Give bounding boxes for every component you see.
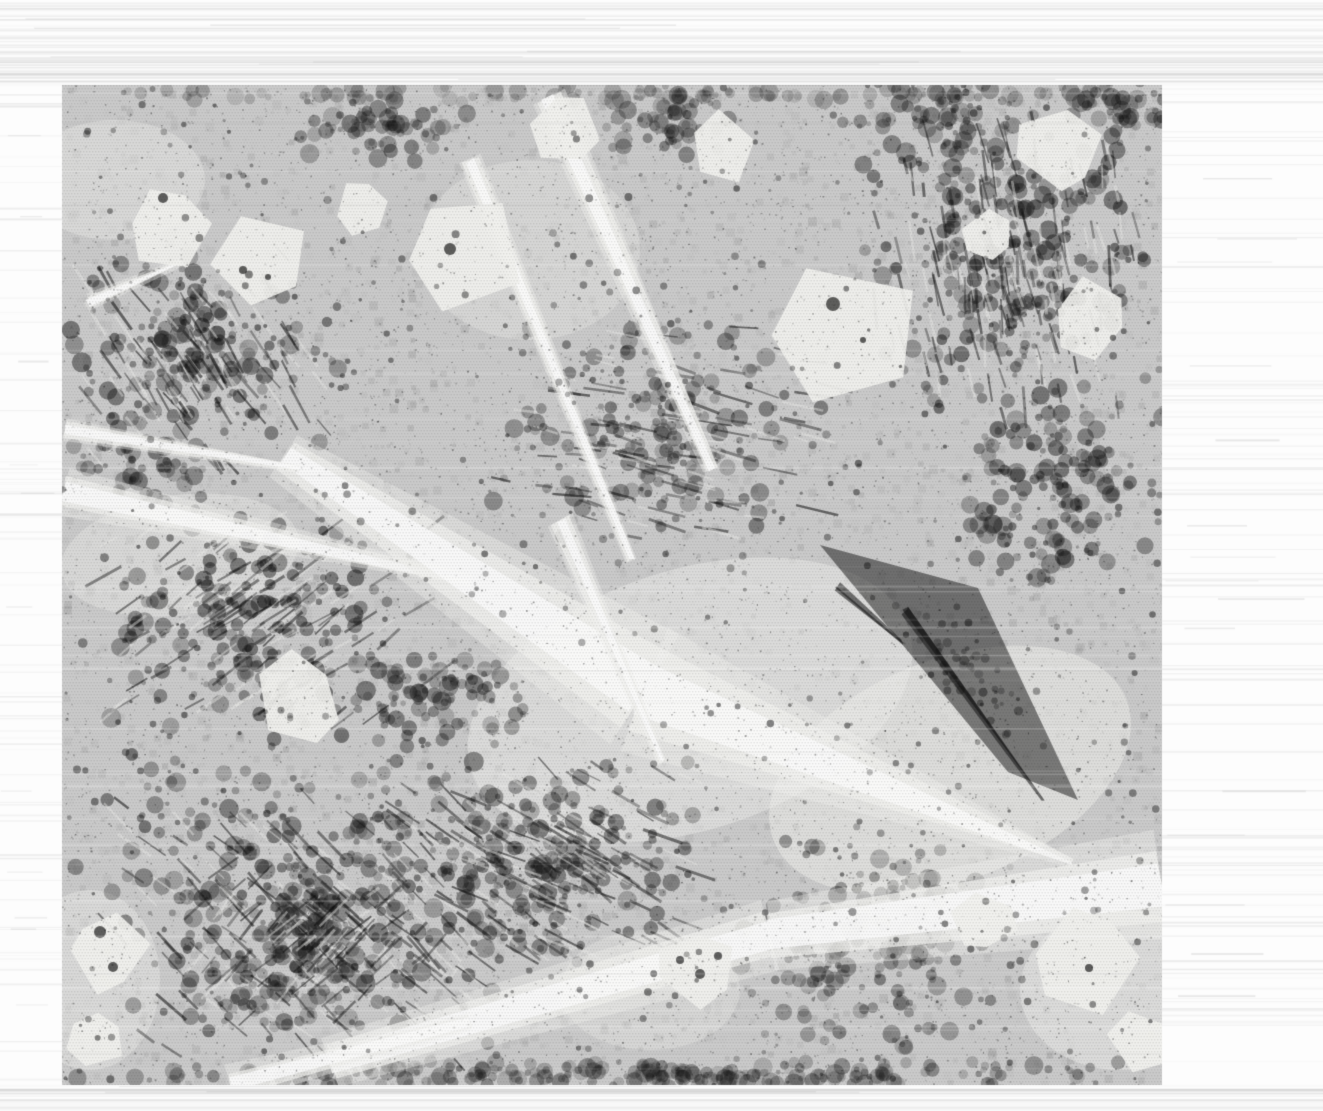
scanned-document-page — [0, 0, 1323, 1111]
micrograph-halftone-image — [0, 0, 1323, 1111]
